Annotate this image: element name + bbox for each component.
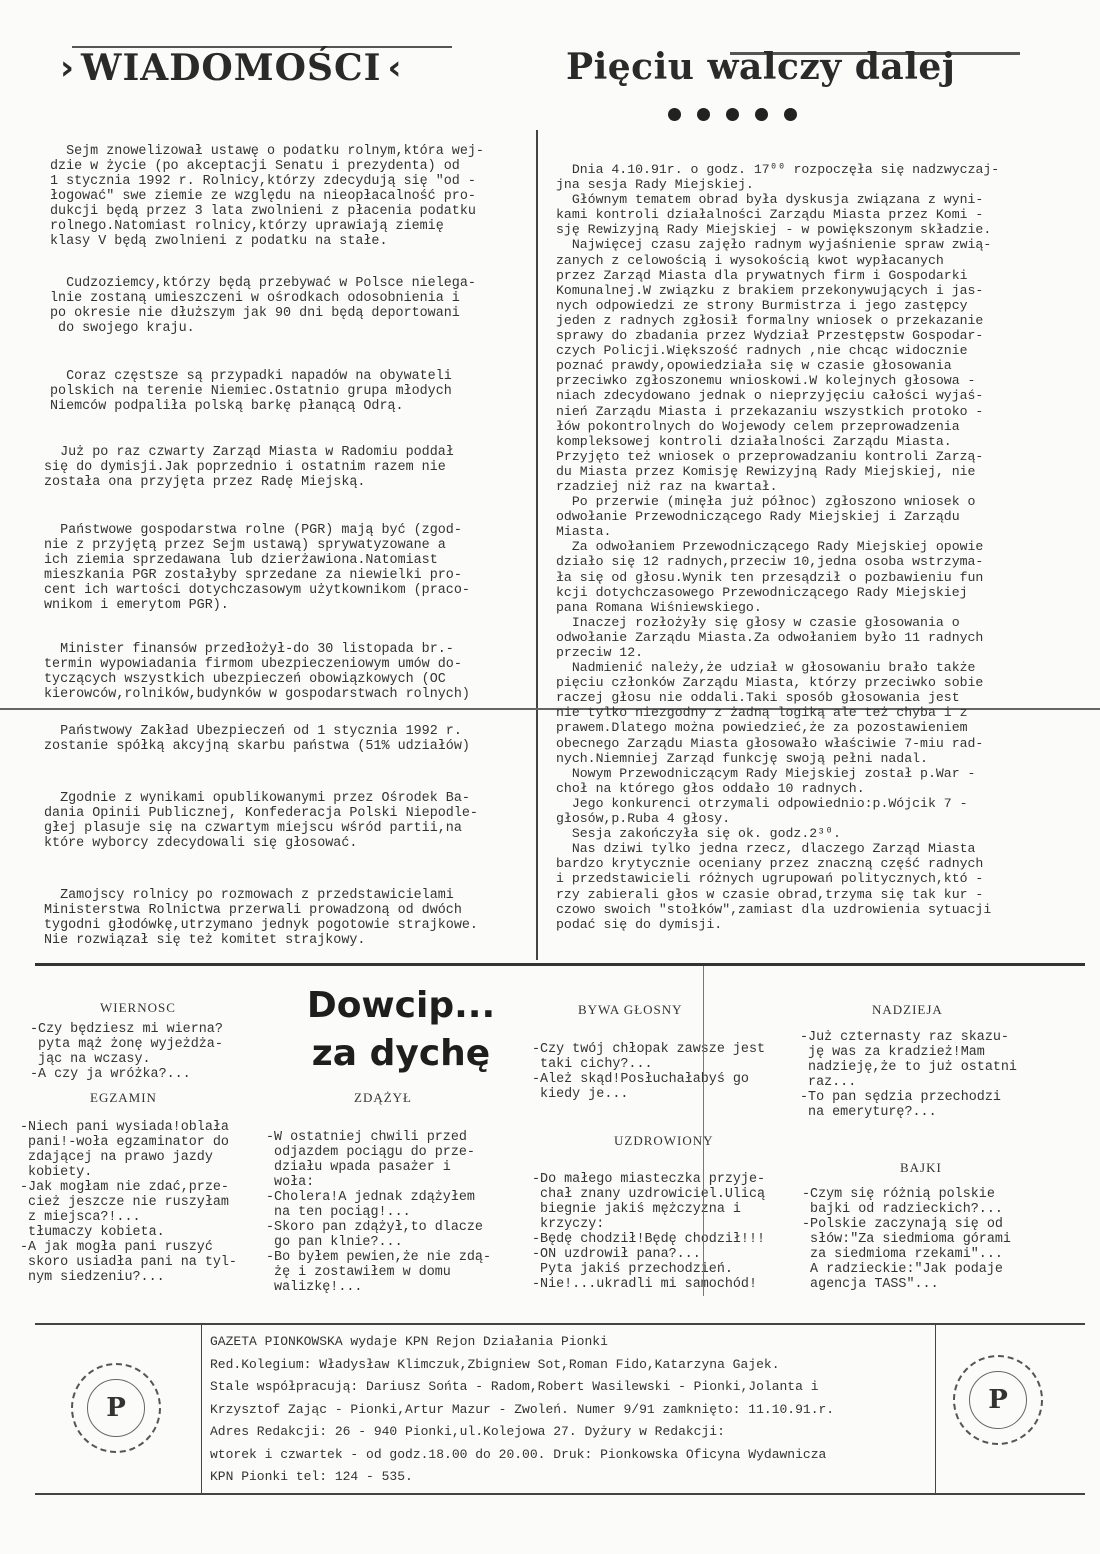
kpn-stamp-right: P bbox=[953, 1355, 1043, 1445]
news-item: Minister finansów przedłożył-do 30 listo… bbox=[44, 642, 470, 702]
jokes-heading-line1: Dowcip... bbox=[296, 982, 506, 1030]
news-item: Już po raz czwarty Zarząd Miasta w Radom… bbox=[44, 445, 454, 490]
imprint-text: GAZETA PIONKOWSKA wydaje KPN Rejon Dział… bbox=[202, 1325, 935, 1489]
imprint-line: Stale współpracują: Dariusz Sońta - Rado… bbox=[210, 1376, 935, 1399]
joke-title: NADZIEJA bbox=[872, 1002, 943, 1018]
bullet-dot-icon bbox=[784, 108, 797, 121]
news-item: Zgodnie z wynikami opublikowanymi przez … bbox=[44, 791, 478, 851]
jokes-heading: Dowcip... za dychę bbox=[296, 982, 506, 1078]
joke-title: BAJKI bbox=[900, 1160, 942, 1176]
news-item: Państwowe gospodarstwa rolne (PGR) mają … bbox=[44, 523, 470, 613]
news-item: Coraz częstsze są przypadki napadów na o… bbox=[50, 369, 452, 414]
joke-text: -Niech pani wysiada!oblała pani!-woła eg… bbox=[20, 1120, 237, 1285]
article-body: Dnia 4.10.91r. o godz. 17⁰⁰ rozpoczęła s… bbox=[556, 162, 999, 932]
joke-text: -Czy będziesz mi wierna? pyta mąż żonę w… bbox=[30, 1022, 223, 1082]
section-divider bbox=[35, 963, 1085, 966]
joke-title: ZDĄŻYŁ bbox=[354, 1090, 412, 1106]
joke-title: UZDROWIONY bbox=[614, 1133, 714, 1149]
heading-dots bbox=[668, 108, 797, 121]
joke-text: -Czym się różnią polskie bajki od radzie… bbox=[802, 1187, 1011, 1292]
news-item: Sejm znowelizował ustawę o podatku rolny… bbox=[50, 144, 484, 249]
imprint-line: Krzysztof Zając - Pionki,Artur Mazur - Z… bbox=[210, 1399, 935, 1422]
imprint-line: Red.Kolegium: Władysław Klimczuk,Zbignie… bbox=[210, 1354, 935, 1377]
joke-text: -Czy twój chłopak zawsze jest taki cichy… bbox=[532, 1042, 765, 1102]
joke-title: WIERNOSC bbox=[100, 1000, 176, 1016]
column-divider bbox=[536, 130, 538, 960]
arrow-left-icon: ‹ bbox=[388, 48, 403, 88]
fold-line-vertical bbox=[703, 966, 704, 1296]
jokes-heading-line2: za dychę bbox=[296, 1030, 506, 1078]
article-heading: Pięciu walczy dalej bbox=[566, 46, 1026, 88]
bullet-dot-icon bbox=[668, 108, 681, 121]
news-item: Państwowy Zakład Ubezpieczeń od 1 styczn… bbox=[44, 724, 470, 754]
bullet-dot-icon bbox=[697, 108, 710, 121]
kpn-logo-icon: P bbox=[969, 1371, 1027, 1429]
imprint-line: wtorek i czwartek - od godz.18.00 do 20.… bbox=[210, 1444, 935, 1467]
imprint-line: GAZETA PIONKOWSKA wydaje KPN Rejon Dział… bbox=[210, 1331, 935, 1354]
wiadomosci-heading-text: WIADOMOŚCI bbox=[81, 47, 381, 89]
news-item: Zamojscy rolnicy po rozmowach z przedsta… bbox=[44, 888, 478, 948]
joke-text: -W ostatniej chwili przed odjazdem pocią… bbox=[266, 1130, 491, 1295]
kpn-logo-icon: P bbox=[87, 1379, 145, 1437]
joke-text: -Już czternasty raz skazu- ję was za kra… bbox=[800, 1030, 1017, 1120]
bullet-dot-icon bbox=[755, 108, 768, 121]
bullet-dot-icon bbox=[726, 108, 739, 121]
joke-title: BYWA GŁOSNY bbox=[578, 1002, 683, 1018]
imprint-text-box: GAZETA PIONKOWSKA wydaje KPN Rejon Dział… bbox=[201, 1325, 936, 1493]
joke-text: -Do małego miasteczka przyje- chał znany… bbox=[532, 1172, 765, 1292]
joke-title: EGZAMIN bbox=[90, 1090, 157, 1106]
imprint-box: P GAZETA PIONKOWSKA wydaje KPN Rejon Dzi… bbox=[35, 1323, 1085, 1495]
imprint-line: KPN Pionki tel: 124 - 535. bbox=[210, 1466, 935, 1489]
imprint-line: Adres Redakcji: 26 - 940 Pionki,ul.Kolej… bbox=[210, 1421, 935, 1444]
kpn-stamp-left: P bbox=[71, 1363, 161, 1453]
news-item: Cudzoziemcy,którzy będą przebywać w Pols… bbox=[50, 276, 476, 336]
arrow-right-icon: › bbox=[60, 48, 75, 88]
wiadomosci-heading: › WIADOMOŚCI ‹ bbox=[60, 46, 460, 90]
